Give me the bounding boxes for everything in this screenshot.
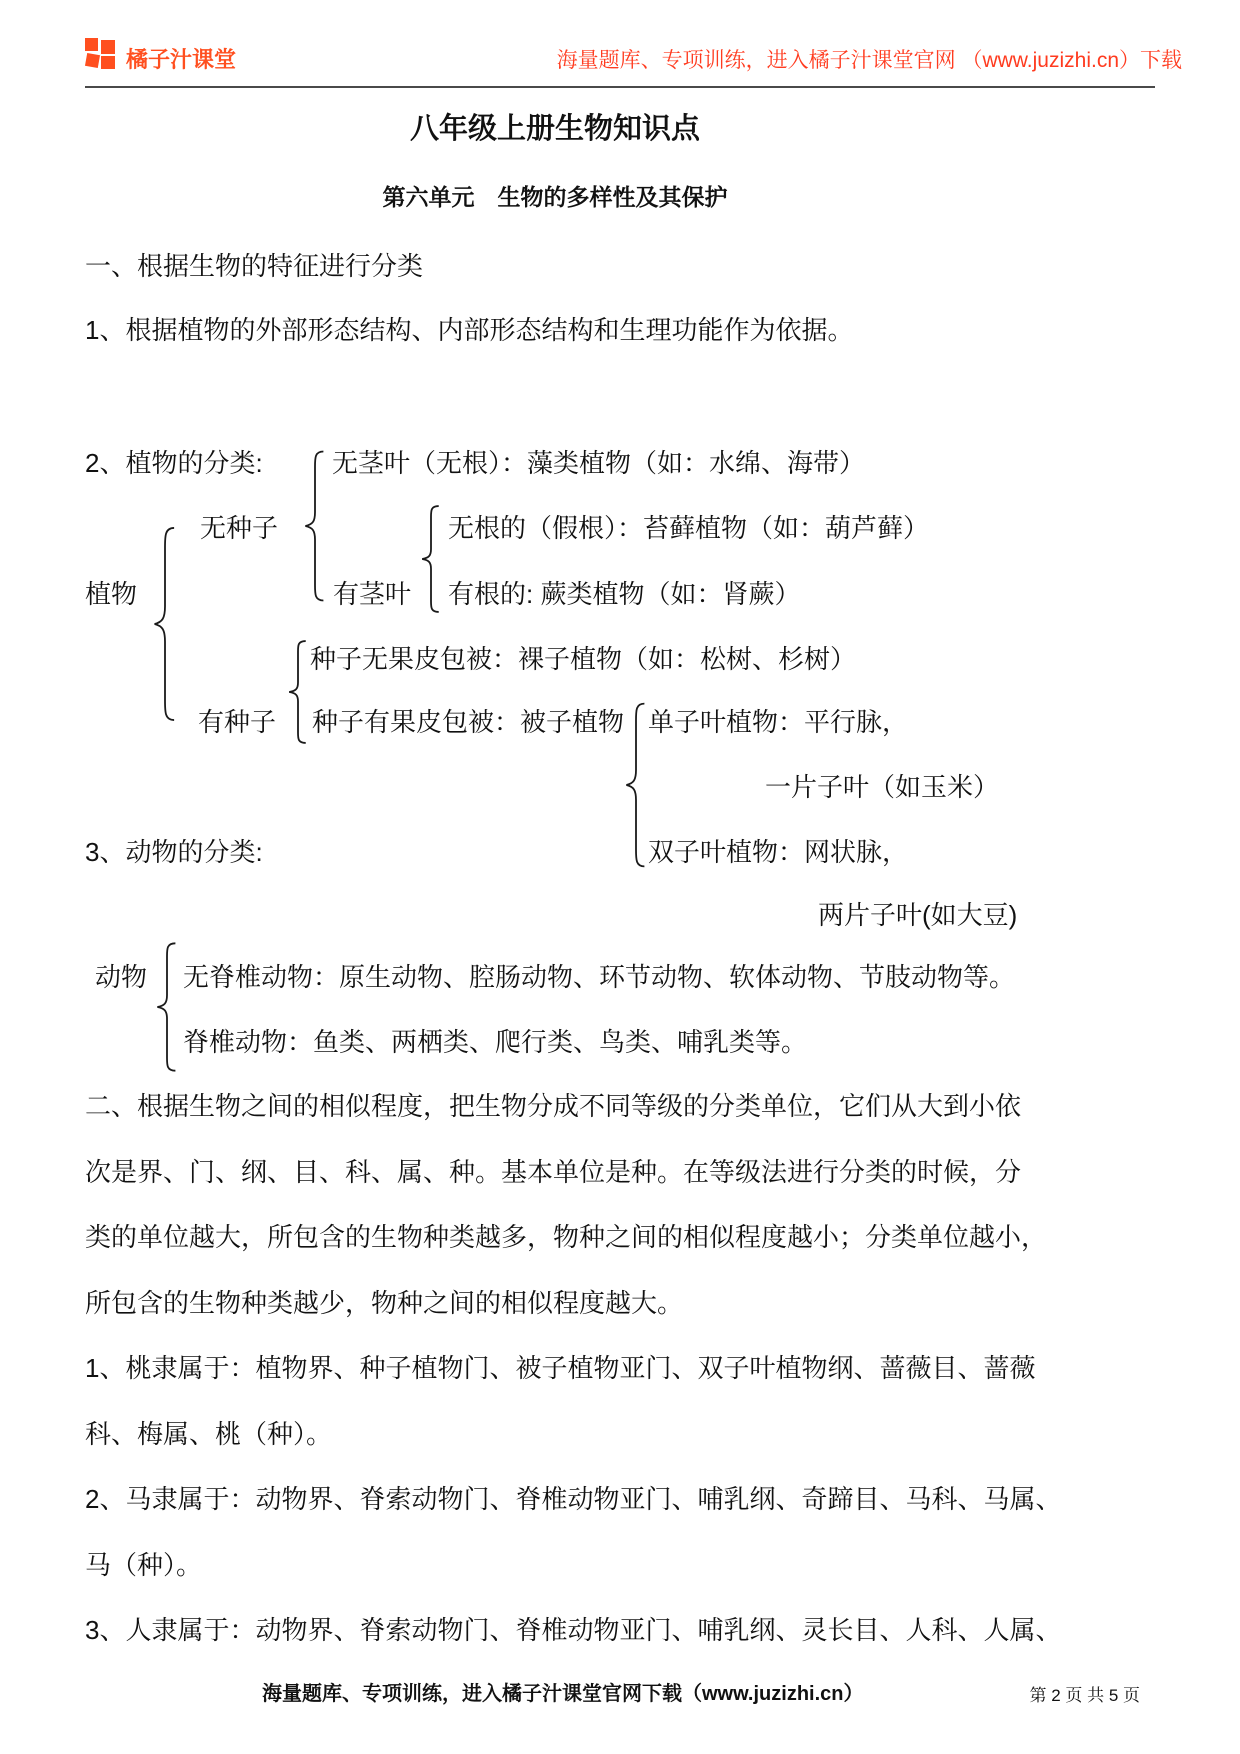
plant-no-seed-label: 无种子: [200, 512, 278, 544]
plant-algae-line: 无茎叶（无根）：藻类植物（如：水绵、海带）: [332, 447, 865, 479]
section-2-line-3: 类的单位越大，所包含的生物种类越多，物种之间的相似程度越小；分类单位越小，: [85, 1221, 1047, 1253]
section-1-item-1: 1、根据植物的外部形态结构、内部形态结构和生理功能作为依据。: [85, 314, 853, 346]
plant-root-label: 植物: [85, 578, 137, 610]
brace-has-seed: [287, 640, 309, 744]
footer-page-indicator: 第 2 页 共 5 页: [950, 1680, 1140, 1712]
brace-animal: [155, 942, 179, 1072]
page-title: 八年级上册生物知识点: [85, 113, 1025, 145]
animal-root-label: 动物: [95, 961, 147, 993]
taxonomy-item-peach-line-1: 1、桃隶属于：植物界、种子植物门、被子植物亚门、双子叶植物纲、蔷薇目、蔷薇: [85, 1352, 1035, 1384]
section-2-line-4: 所包含的生物种类越少，物种之间的相似程度越大。: [85, 1287, 683, 1319]
taxonomy-item-human-line-1: 3、人隶属于：动物界、脊索动物门、脊椎动物亚门、哺乳纲、灵长目、人科、人属、: [85, 1614, 1061, 1646]
header-divider: [85, 86, 1155, 88]
footer-promo-text: 海量题库、专项训练，进入橘子汁课堂官网下载（www.juzizhi.cn）: [262, 1678, 863, 1710]
brace-stem-leaf: [420, 505, 442, 613]
animal-vertebrate-line: 脊椎动物：鱼类、两栖类、爬行类、鸟类、哺乳类等。: [183, 1026, 807, 1058]
brace-no-seed: [303, 450, 327, 602]
plant-dicot-line-2: 两片子叶(如大豆): [818, 899, 1017, 931]
plant-moss-line: 无根的（假根）：苔藓植物（如：葫芦藓）: [448, 512, 929, 544]
plant-monocot-line: 单子叶植物：平行脉，: [648, 706, 908, 738]
taxonomy-item-horse-line-1: 2、马隶属于：动物界、脊索动物门、脊椎动物亚门、哺乳纲、奇蹄目、马科、马属、: [85, 1483, 1061, 1515]
section-2-line-2: 次是界、门、纲、目、科、属、种。基本单位是种。在等级法进行分类的时候，分: [85, 1156, 1021, 1188]
header-promo-text: 海量题库、专项训练，进入橘子汁课堂官网 （www.juzizhi.cn）下载: [420, 45, 1182, 77]
taxonomy-item-peach-line-2: 科、梅属、桃（种）。: [85, 1418, 332, 1450]
logo-text: 橘子汁课堂: [126, 44, 236, 76]
animal-classification-label: 3、动物的分类:: [85, 836, 263, 868]
plant-fern-line: 有根的: 蕨类植物（如：肾蕨）: [448, 578, 800, 610]
brace-plant: [152, 526, 178, 722]
animal-invertebrate-line: 无脊椎动物：原生动物、腔肠动物、环节动物、软体动物、节肢动物等。: [183, 961, 1015, 993]
plant-angiosperm-line: 种子有果皮包被：被子植物: [312, 706, 624, 738]
plant-has-seed-label: 有种子: [198, 706, 276, 738]
plant-has-stem-leaf-label: 有茎叶: [333, 578, 411, 610]
document-page: 橘子汁课堂 海量题库、专项训练，进入橘子汁课堂官网 （www.juzizhi.c…: [0, 0, 1240, 1754]
plant-classification-label: 2、植物的分类:: [85, 447, 263, 479]
plant-gymnosperm-line: 种子无果皮包被：裸子植物（如：松树、杉树）: [310, 643, 856, 675]
section-2-line-1: 二、根据生物之间的相似程度，把生物分成不同等级的分类单位，它们从大到小依: [85, 1090, 1021, 1122]
brace-angiosperm: [624, 702, 648, 868]
taxonomy-item-horse-line-2: 马（种）。: [85, 1549, 202, 1581]
section-1-heading: 一、根据生物的特征进行分类: [85, 250, 423, 282]
logo-icon: [85, 38, 119, 72]
plant-monocot-line-2: 一片子叶（如玉米）: [765, 771, 999, 803]
plant-dicot-line: 双子叶植物：网状脉，: [648, 836, 908, 868]
page-subtitle: 第六单元 生物的多样性及其保护: [85, 181, 1025, 213]
